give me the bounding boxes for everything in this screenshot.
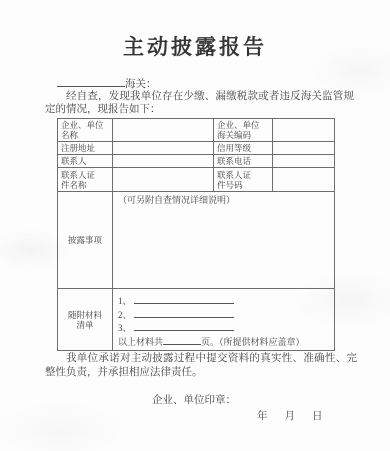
- disclosure-note: （可另附自查情况详细说明）: [118, 195, 235, 205]
- disclosure-items-label: 披露事项: [58, 192, 113, 289]
- materials-total-suffix: 页。（所提供材料应盖章）: [201, 337, 305, 347]
- materials-total-pages-blank: [163, 335, 201, 345]
- table-row: 联系人 联系电话: [58, 155, 335, 168]
- report-form-table: 企业、单位 名称 企业、单位 海关编码 注册地址 信用等级 联系人 联系电话 联…: [57, 118, 335, 351]
- company-name-label: 企业、单位 名称: [58, 119, 113, 142]
- materials-total-line: 以上材料共页。（所提供材料应盖章）: [118, 335, 329, 349]
- materials-total-prefix: 以上材料共: [118, 337, 163, 347]
- customs-code-label: 企业、单位 海关编码: [214, 119, 273, 142]
- material-item-1: 1、: [118, 294, 329, 308]
- contact-id-name-value: [113, 168, 214, 192]
- table-row: 披露事项 （可另附自查情况详细说明）: [58, 192, 335, 289]
- material-item-1-blank: [134, 294, 234, 304]
- voluntary-disclosure-report-page: 主动披露报告 海关： 经自查，发现我单位存在少缴、漏缴税款或者违反海关监管规定的…: [0, 0, 390, 451]
- contact-person-value: [113, 155, 214, 168]
- company-name-value: [113, 119, 214, 142]
- company-seal-label: 企业、单位印章：: [152, 392, 236, 407]
- customs-name-blank: [57, 77, 125, 87]
- intro-paragraph: 经自查，发现我单位存在少缴、漏缴税款或者违反海关监管规定的情况，现报告如下：: [45, 90, 354, 116]
- contact-id-name-label: 联系人证 件名称: [58, 168, 113, 192]
- contact-phone-value: [273, 155, 335, 168]
- date-line: 年 月 日: [257, 408, 323, 423]
- table-row: 企业、单位 名称 企业、单位 海关编码: [58, 119, 335, 142]
- material-item-2: 2、: [118, 308, 329, 322]
- date-day-label: 日: [312, 408, 323, 423]
- table-row: 随附材料 清单 1、 2、 3、 以上材料共页。（所提供材料应盖章）: [58, 289, 335, 351]
- contact-phone-label: 联系电话: [214, 155, 273, 168]
- credit-rating-value: [273, 142, 335, 155]
- disclosure-items-cell: （可另附自查情况详细说明）: [113, 192, 335, 289]
- registered-address-label: 注册地址: [58, 142, 113, 155]
- table-row: 注册地址 信用等级: [58, 142, 335, 155]
- customs-code-value: [273, 119, 335, 142]
- attached-materials-cell: 1、 2、 3、 以上材料共页。（所提供材料应盖章）: [113, 289, 335, 351]
- material-item-3-number: 3、: [118, 323, 132, 333]
- contact-id-number-label: 联系人证 件号码: [214, 168, 273, 192]
- date-year-label: 年: [257, 408, 268, 423]
- date-month-label: 月: [285, 408, 296, 423]
- registered-address-value: [113, 142, 214, 155]
- commitment-paragraph: 我单位承诺对主动披露过程中提交资料的真实性、准确性、完整性负责，并承担相应法律责…: [45, 352, 357, 379]
- material-item-3: 3、: [118, 321, 329, 335]
- customs-salutation-suffix: 海关：: [125, 79, 157, 90]
- contact-person-label: 联系人: [58, 155, 113, 168]
- credit-rating-label: 信用等级: [214, 142, 273, 155]
- attached-materials-label: 随附材料 清单: [58, 289, 113, 351]
- material-item-3-blank: [134, 321, 234, 331]
- material-item-2-blank: [134, 308, 234, 318]
- report-title: 主动披露报告: [0, 31, 390, 61]
- material-item-1-number: 1、: [118, 296, 132, 306]
- material-item-2-number: 2、: [118, 310, 132, 320]
- table-row: 联系人证 件名称 联系人证 件号码: [58, 168, 335, 192]
- customs-salutation-line: 海关：: [57, 77, 157, 91]
- contact-id-number-value: [273, 168, 335, 192]
